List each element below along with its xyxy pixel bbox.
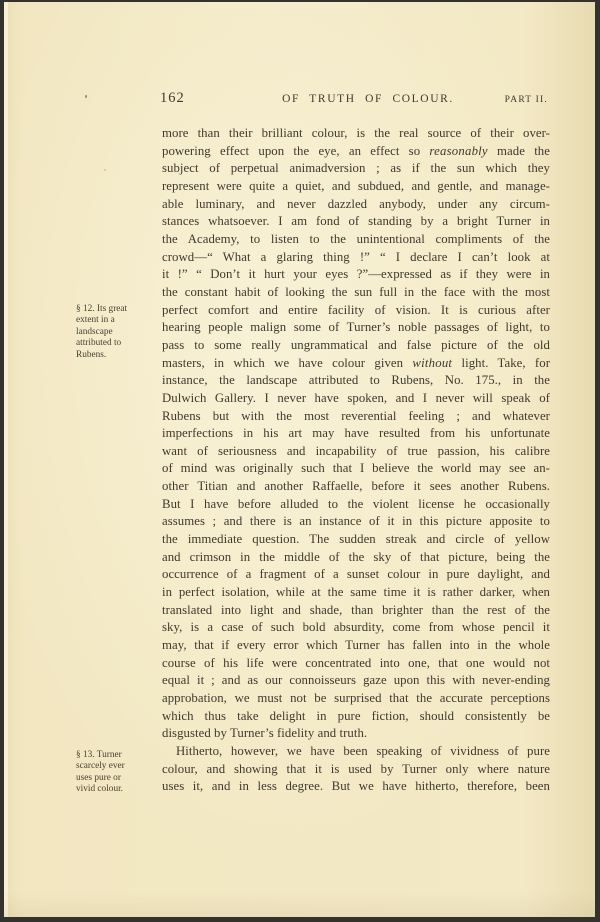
text-line: Rubens but with the most reverential fee… xyxy=(162,408,550,426)
text-line: disgusted by Turner’s fidelity and truth… xyxy=(162,725,550,743)
text-line: equal it ; and as our connoisseurs gaze … xyxy=(162,672,550,690)
text-line: the Academy, to listen to the unintentio… xyxy=(162,231,550,249)
running-title: OF TRUTH OF COLOUR. xyxy=(282,93,454,105)
scan-speck xyxy=(85,95,87,98)
text-line: Hitherto, however, we have been speaking… xyxy=(162,743,550,761)
margin-note-line: vivid colour. xyxy=(76,784,160,795)
body-text: more than their brilliant colour, is the… xyxy=(162,125,550,796)
text-line: may, that if every error which Turner ha… xyxy=(162,637,550,655)
text-line: But I have before alluded to the violent… xyxy=(162,496,550,514)
text-line: it !” “ Don’t it hurt your eyes ?”—expre… xyxy=(162,266,550,284)
text-line: perfect comfort and entire facility of v… xyxy=(162,302,550,320)
margin-note-line: Rubens. xyxy=(76,350,160,361)
margin-note-line: § 13. Turner xyxy=(76,750,160,761)
margin-note-line: scarcely ever xyxy=(76,761,160,772)
text-line: approbation, we must not be surprised th… xyxy=(162,690,550,708)
margin-note-line: § 12. Its great xyxy=(76,304,160,315)
text-line: which thus take delight in pure fiction,… xyxy=(162,708,550,726)
text-line: masters, in which we have colour given w… xyxy=(162,355,550,373)
text-line: translated into light and shade, than br… xyxy=(162,602,550,620)
text-line: sky, is a case of such bold absurdity, c… xyxy=(162,619,550,637)
text-line: course of his life were concentrated int… xyxy=(162,655,550,673)
page-number: 162 xyxy=(160,90,185,107)
text-line: of mind was originally such that I belie… xyxy=(162,460,550,478)
page-header: 162 OF TRUTH OF COLOUR. PART II. xyxy=(160,90,548,110)
margin-note-line: attributed to xyxy=(76,338,160,349)
text-line: the immediate question. The sudden strea… xyxy=(162,531,550,549)
book-page: 162 OF TRUTH OF COLOUR. PART II. § 12. I… xyxy=(4,2,595,917)
margin-note-line: landscape xyxy=(76,327,160,338)
part-label: PART II. xyxy=(505,95,548,105)
text-line: represent were quite a quiet, and subdue… xyxy=(162,178,550,196)
margin-note-line: uses pure or xyxy=(76,773,160,784)
text-line: subject of perpetual animadversion ; as … xyxy=(162,160,550,178)
text-line: other Titian and another Raffaelle, befo… xyxy=(162,478,550,496)
text-line: in perfect isolation, while at the same … xyxy=(162,584,550,602)
text-line: assumes ; and there is an instance of it… xyxy=(162,513,550,531)
paragraph: more than their brilliant colour, is the… xyxy=(162,125,550,743)
text-line: able luminary, and never dazzled anybody… xyxy=(162,196,550,214)
text-line: stances whatsoever. I am fond of standin… xyxy=(162,213,550,231)
text-line: occurrence of a fragment of a sunset col… xyxy=(162,566,550,584)
scan-speck xyxy=(104,169,106,171)
text-line: crowd—“ What a glaring thing !” “ I decl… xyxy=(162,249,550,267)
text-line: uses it, and in less degree. But we have… xyxy=(162,778,550,796)
margin-note-line: extent in a xyxy=(76,315,160,326)
paragraph: Hitherto, however, we have been speaking… xyxy=(162,743,550,796)
margin-note-section-12: § 12. Its greatextent in alandscapeattri… xyxy=(76,304,160,361)
text-line: colour, and showing that it is used by T… xyxy=(162,761,550,779)
margin-note-section-13: § 13. Turnerscarcely everuses pure orviv… xyxy=(76,750,160,796)
text-line: and crimson in the middle of the sky of … xyxy=(162,549,550,567)
text-line: instance, the landscape attributed to Ru… xyxy=(162,372,550,390)
text-line: pass to some really ungrammatical and fa… xyxy=(162,337,550,355)
text-line: the constant habit of looking the sun fu… xyxy=(162,284,550,302)
text-line: powering effect upon the eye, an effect … xyxy=(162,143,550,161)
text-line: imperfections in his art may have result… xyxy=(162,425,550,443)
text-line: Dulwich Gallery. I never have spoken, an… xyxy=(162,390,550,408)
text-line: want of seriousness and incapability of … xyxy=(162,443,550,461)
text-line: more than their brilliant colour, is the… xyxy=(162,125,550,143)
text-line: hearing people malign some of Turner’s n… xyxy=(162,319,550,337)
